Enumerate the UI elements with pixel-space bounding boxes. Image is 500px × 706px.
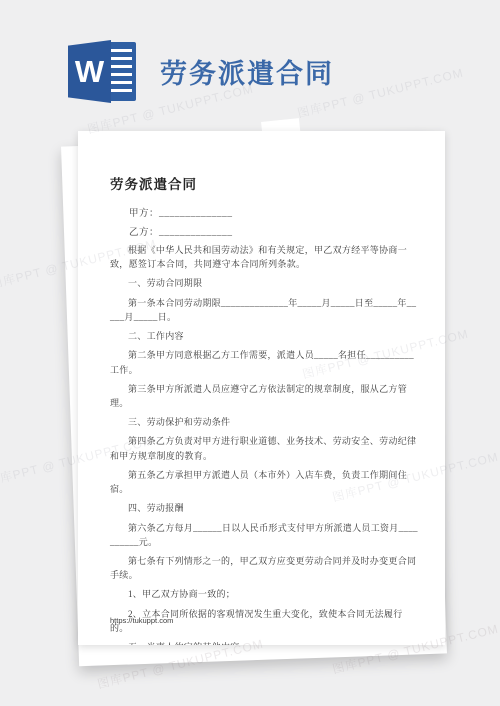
clause-item-1: 1、甲乙双方协商一致的；: [110, 587, 420, 601]
section-4-heading: 四、劳动报酬: [110, 501, 420, 515]
article-1: 第一条本合同劳动期限______________年_____月_____日至__…: [110, 296, 420, 324]
document-page: 劳务派遣合同 甲方：______________ 乙方：____________…: [78, 131, 445, 645]
header: W 劳务派遣合同: [68, 40, 334, 103]
article-5: 第五条乙方承担甲方派遣人员（本市外）入店车费，负责工作期间住宿。: [110, 468, 420, 496]
page-title: 劳务派遣合同: [160, 52, 334, 91]
document-title: 劳务派遣合同: [110, 173, 420, 193]
intro-paragraph: 根据《中华人民共和国劳动法》和有关规定，甲乙双方经平等协商一致，愿签订本合同，共…: [110, 243, 420, 271]
word-file-icon: W: [68, 40, 136, 103]
section-1-heading: 一、劳动合同期限: [110, 276, 420, 290]
article-3: 第三条甲方所派遣人员应遵守乙方依法制定的规章制度，服从乙方管理。: [110, 382, 420, 410]
section-5-heading: 五、当事人约定的其他内容: [110, 640, 420, 645]
party-b-field: 乙方：______________: [110, 224, 420, 238]
article-2: 第二条甲方同意根据乙方工作需要，派遣人员_____名担任__________工作…: [110, 348, 420, 376]
footer-url: https://tukuppt.com: [110, 616, 173, 625]
section-2-heading: 二、工作内容: [110, 329, 420, 343]
section-3-heading: 三、劳动保护和劳动条件: [110, 415, 420, 429]
article-4: 第四条乙方负责对甲方进行职业道德、业务技术、劳动安全、劳动纪律和甲方规章制度的教…: [110, 434, 420, 462]
article-7: 第七条有下列情形之一的，甲乙双方应变更劳动合同并及时办变更合同手续。: [110, 554, 420, 582]
word-cover-icon: W: [68, 40, 111, 103]
party-a-field: 甲方：______________: [110, 205, 420, 219]
article-6: 第六条乙方每月______日以人民币形式支付甲方所派遣人员工资月________…: [110, 521, 420, 549]
word-letter: W: [75, 56, 104, 87]
